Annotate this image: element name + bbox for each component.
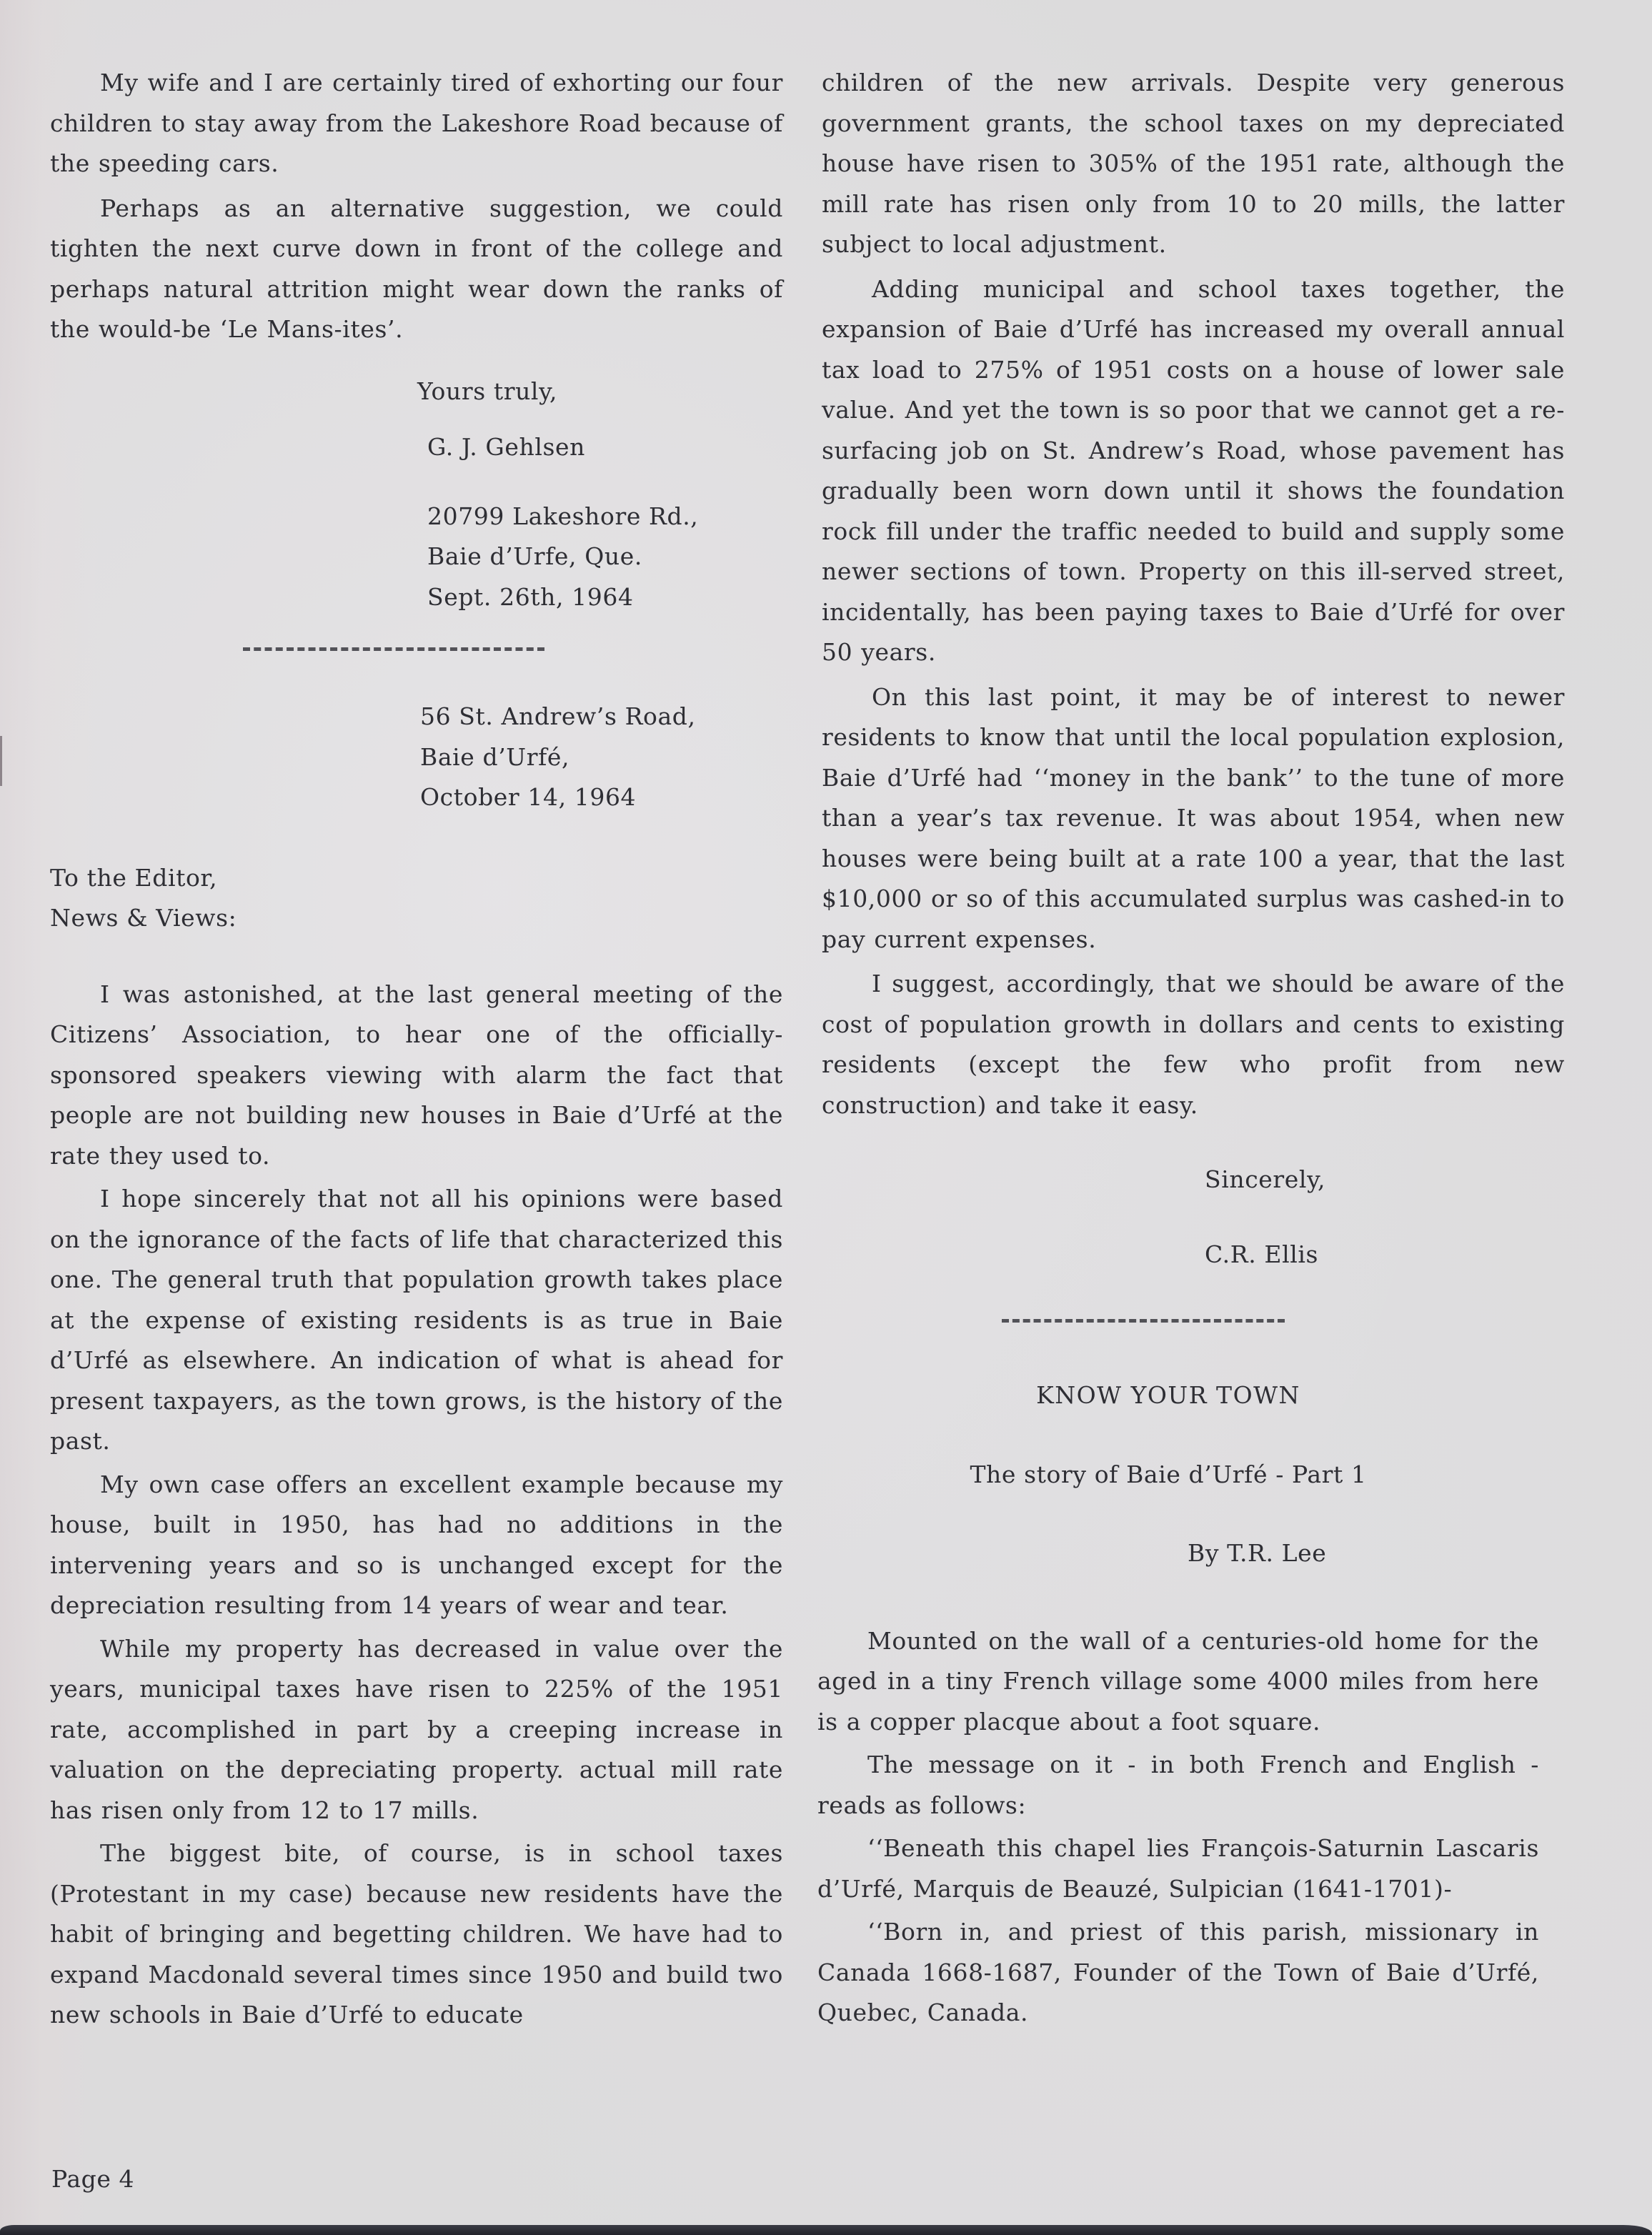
letter1-paragraph: My wife and I are certainly tired of exh… [50,63,783,184]
letter2-paragraph: Adding municipal and school taxes togeth… [822,269,1565,673]
right-column: children of the new arrivals. Despite ve… [822,63,1565,2034]
article-quote: ‘‘Born in, and priest of this parish, mi… [817,1912,1539,2034]
address-line: Baie d’Urfe, Que. [427,537,783,577]
newsletter-page: My wife and I are certainly tired of exh… [0,0,1652,2235]
letter1-closing: Yours truly, [417,372,783,412]
address-line: Baie d’Urfé, [420,737,783,778]
letter2-salutation: To the Editor, News & Views: [50,858,783,939]
address-line: October 14, 1964 [420,777,783,818]
letter2-paragraph: I was astonished, at the last general me… [50,975,783,1177]
address-line: Sept. 26th, 1964 [427,577,783,618]
letter2-paragraph-continued: children of the new arrivals. Despite ve… [822,63,1565,265]
letter2-paragraph: On this last point, it may be of interes… [822,677,1565,960]
letter2-paragraph: While my property has decreased in value… [50,1629,783,1831]
left-column: My wife and I are certainly tired of exh… [50,63,783,2036]
article-paragraph: The message on it - in both French and E… [817,1745,1539,1826]
salutation-line: To the Editor, [50,858,783,899]
scan-bottom-edge [0,2225,1652,2235]
address-line: 56 St. Andrew’s Road, [420,697,783,737]
letter2-paragraph: I hope sincerely that not all his opinio… [50,1179,783,1462]
letter2-address: 56 St. Andrew’s Road, Baie d’Urfé, Octob… [420,697,783,818]
section-heading: KNOW YOUR TOWN [772,1375,1565,1416]
letter1-paragraph: Perhaps as an alternative suggestion, we… [50,189,783,350]
article-byline: By T.R. Lee [1188,1533,1565,1574]
letter1-signature: G. J. Gehlsen [427,427,783,468]
letter2-closing: Sincerely, [1205,1160,1565,1200]
article-title: The story of Baie d’Urfé - Part 1 [772,1455,1565,1495]
page-number: Page 4 [51,2165,134,2193]
letter2-paragraph: The biggest bite, of course, is in schoo… [50,1833,783,2036]
article-quote: ‘‘Beneath this chapel lies François-Satu… [817,1828,1539,1909]
letter2-signature: C.R. Ellis [1205,1235,1565,1275]
letter-separator [243,647,544,651]
letter2-paragraph: I suggest, accordingly, that we should b… [822,964,1565,1125]
article-paragraph: Mounted on the wall of a centuries-old h… [817,1621,1539,1743]
scan-edge-mark [0,736,2,786]
article-separator [1002,1319,1285,1323]
letter2-paragraph: My own case offers an excellent example … [50,1465,783,1626]
letter1-address: 20799 Lakeshore Rd., Baie d’Urfe, Que. S… [427,497,783,618]
salutation-line: News & Views: [50,898,783,939]
address-line: 20799 Lakeshore Rd., [427,497,783,537]
